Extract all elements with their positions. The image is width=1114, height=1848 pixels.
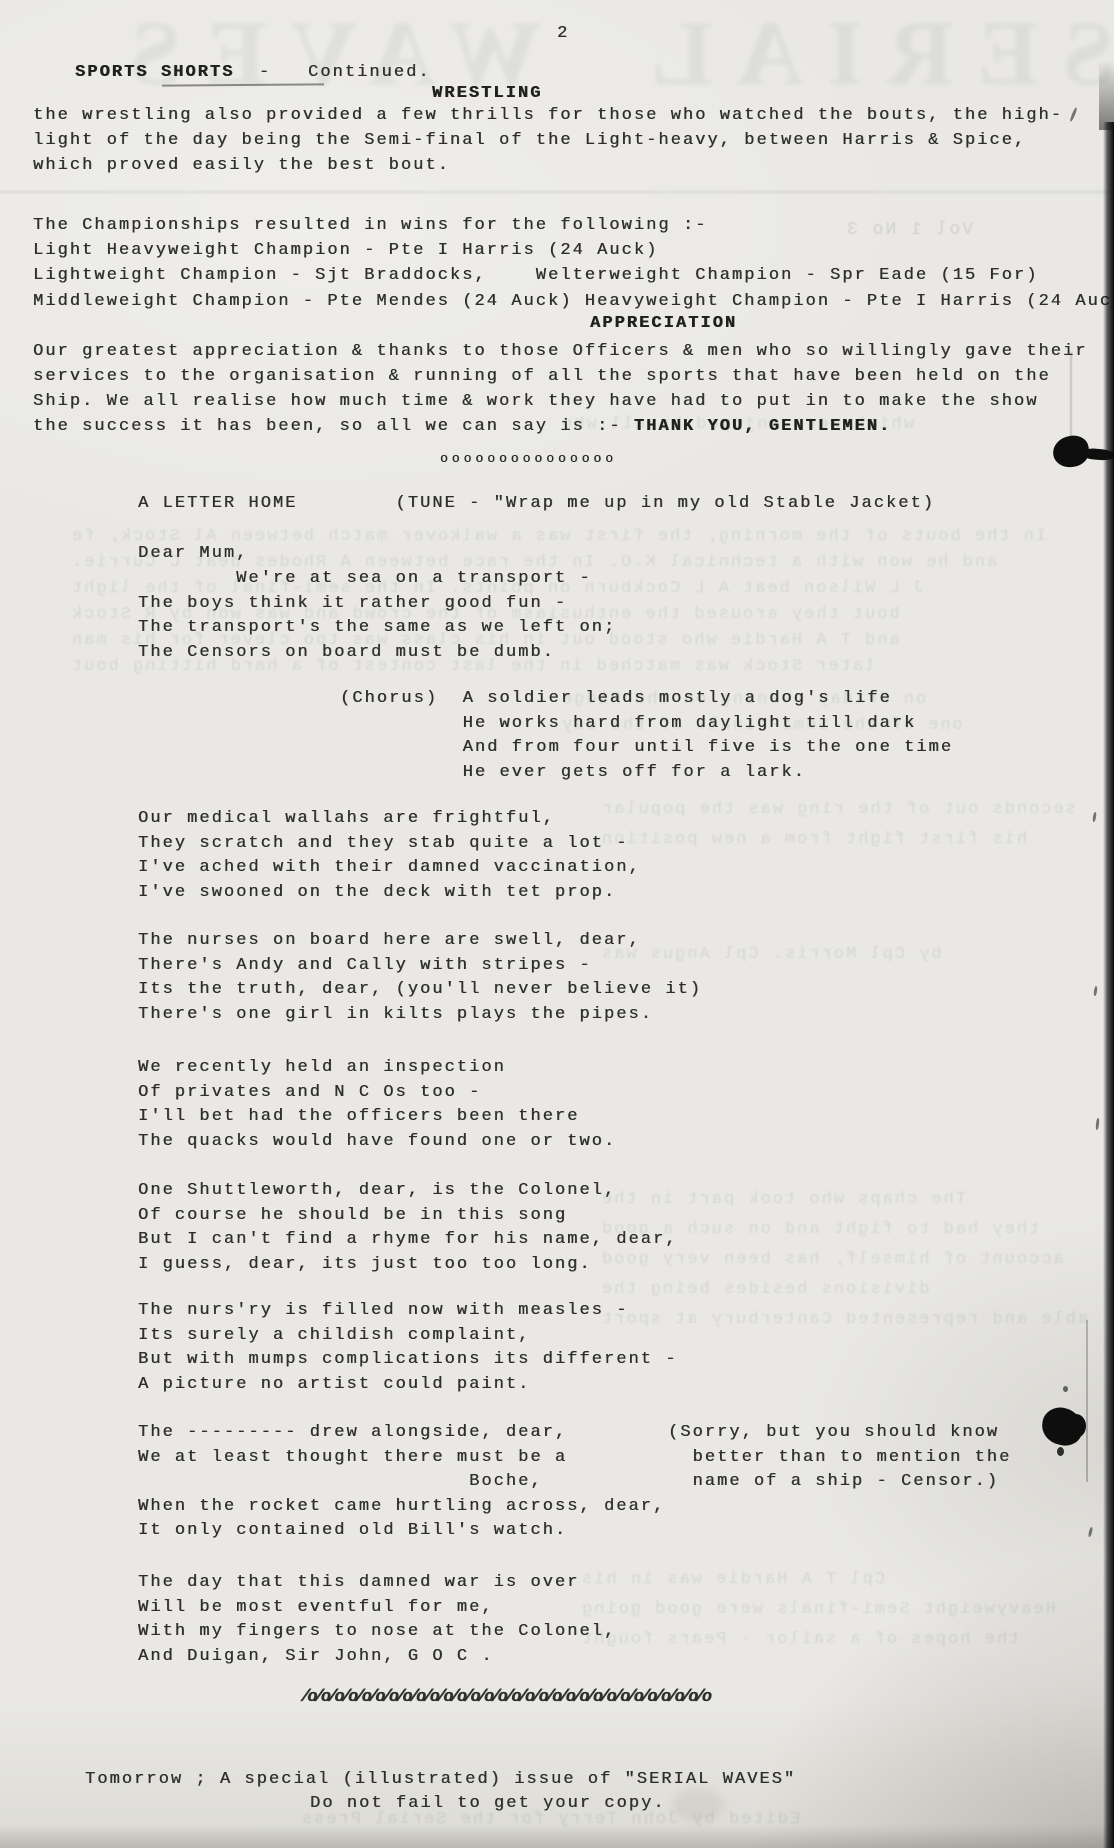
ink-speck: [1063, 1386, 1068, 1392]
championship-results: The Championships resulted in wins for t…: [33, 213, 1112, 314]
bleedthrough-ghost-line: Heavyweight Semi-finals were good going: [580, 1600, 1056, 1619]
ink-fleck: [1092, 812, 1097, 822]
paper-stain: [672, 1788, 724, 1822]
horizontal-crease: [0, 191, 1114, 193]
ink-blot-lower-lobe: [1066, 1414, 1086, 1438]
vertical-crease-upper: [1070, 352, 1072, 444]
ink-fleck: [1095, 1118, 1099, 1130]
continued-label: - Continued.: [234, 63, 430, 82]
appreciation-paragraph: Our greatest appreciation & thanks to th…: [33, 339, 1088, 415]
letter-title-line: A LETTER HOME (TUNE - "Wrap me up in my …: [138, 492, 935, 517]
letter-stanza-3: The nurses on board here are swell, dear…: [138, 929, 702, 1027]
bleedthrough-masthead: SERIAL WAVES: [105, 0, 1114, 106]
letter-stanza-4: We recently held an inspection Of privat…: [138, 1056, 616, 1154]
ink-fleck: [1088, 1527, 1093, 1537]
typed-divider: /o/o/o/o/o/o/o/o/o/o/o/o/o/o/o/o/o/o/o/o…: [298, 1686, 710, 1711]
censor-note: (Sorry, but you should know better than …: [668, 1421, 1011, 1495]
ink-blot-lower-drip: [1057, 1447, 1064, 1456]
bleedthrough-ghost-line: seconds out of the ring was the popular: [600, 800, 1076, 819]
bleedthrough-ghost-line: divisions besides being the: [600, 1280, 929, 1299]
ink-fleck: [1093, 986, 1097, 996]
bleedthrough-ghost-line: his first fight from a new position: [600, 830, 1027, 849]
scan-edge-shadow-fade: [1099, 60, 1114, 130]
letter-stanza-5: One Shuttleworth, dear, is the Colonel, …: [138, 1179, 678, 1277]
sports-shorts-label: SPORTS SHORTS: [75, 63, 234, 82]
appreciation-closing-line: the success it has been, so all we can s…: [33, 414, 891, 439]
bleedthrough-ghost-line: the hopes of a sailor - Pears fought: [580, 1630, 1019, 1649]
scan-shadow-bottom: [0, 1824, 1114, 1848]
appreciation-closing-prefix: the success it has been, so all we can s…: [33, 417, 634, 436]
letter-chorus: (Chorus) A soldier leads mostly a dog's …: [340, 687, 953, 785]
thank-you-text: THANK YOU, GENTLEMEN.: [634, 417, 892, 436]
document-page: SERIAL WAVES Vol 1 No 3 In the bouts of …: [0, 0, 1114, 1848]
vertical-crease-lower: [1086, 1320, 1088, 1482]
bleedthrough-ghost-line: Cpl T A Hardie was in his: [580, 1570, 885, 1589]
page-number: 2: [557, 22, 569, 47]
letter-salutation: Dear Mum,: [138, 542, 248, 567]
letter-stanza-8: The day that this damned war is over Wil…: [138, 1571, 616, 1669]
ink-fleck: [1069, 107, 1077, 122]
letter-stanza-7: The --------- drew alongside, dear, We a…: [138, 1421, 665, 1544]
section-title-sports-shorts: SPORTS SHORTS - Continued.: [75, 60, 431, 85]
scan-edge-shadow: [1103, 122, 1114, 1848]
heading-appreciation: APPRECIATION: [590, 311, 737, 336]
letter-stanza-1: We're at sea on a transport - The boys t…: [138, 567, 616, 665]
letter-stanza-2: Our medical wallahs are frightful, They …: [138, 807, 641, 905]
letter-stanza-6: The nurs'ry is filled now with measles -…: [138, 1299, 678, 1397]
dots-separator: ooooooooooooooo: [440, 447, 617, 472]
wrestling-paragraph: the wrestling also provided a few thrill…: [33, 103, 1063, 179]
tomorrow-announcement-line2: Do not fail to get your copy.: [310, 1792, 666, 1817]
